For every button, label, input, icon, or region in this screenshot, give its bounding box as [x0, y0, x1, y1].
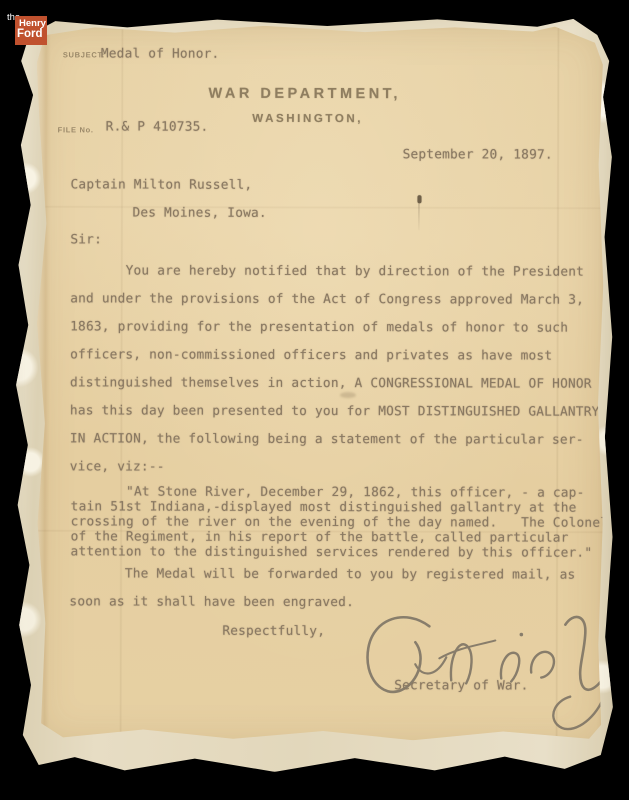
citation-paragraph: "At Stone River, December 29, 1862, this… [71, 484, 609, 560]
body-line: The Medal will be forwarded to you by re… [69, 560, 575, 589]
body-paragraph-1: You are hereby notified that by directio… [70, 257, 600, 482]
body-line: 1863, providing for the presentation of … [70, 313, 600, 342]
salutation: Sir: [70, 232, 102, 247]
ink-smudge [340, 392, 356, 398]
logo-red-box: Henry Ford [15, 16, 47, 45]
body-line: IN ACTION, the following being a stateme… [70, 425, 600, 454]
body-line: distinguished themselves in action, A CO… [70, 369, 600, 398]
letter-document: SUBJECT: Medal of Honor. WAR DEPARTMENT,… [33, 23, 605, 746]
date-line: September 20, 1897. [403, 147, 553, 162]
file-number-label: FILE No. [58, 125, 94, 134]
body-line: has this day been presented to you for M… [70, 397, 600, 426]
body-line: officers, non-commissioned officers and … [70, 341, 600, 370]
ink-blot [417, 195, 421, 203]
scanned-letter-photo: SUBJECT: Medal of Honor. WAR DEPARTMENT,… [0, 0, 629, 800]
body-line: and under the provisions of the Act of C… [70, 285, 600, 314]
closing-title: Secretary of War. [394, 678, 528, 693]
ink-blot-tail [418, 203, 419, 230]
body-line: You are hereby notified that by directio… [70, 257, 600, 286]
subject-label: SUBJECT: [63, 50, 105, 59]
subject-value: Medal of Honor. [101, 46, 220, 61]
closing-respectfully: Respectfully, [222, 624, 325, 639]
citation-line: crossing of the river on the evening of … [71, 514, 609, 530]
citation-line: tain 51st Indiana,-displayed most distin… [71, 499, 609, 515]
citation-line: of the Regiment, in his report of the ba… [71, 529, 609, 545]
citation-line: "At Stone River, December 29, 1862, this… [71, 484, 609, 500]
letterhead-department: WAR DEPARTMENT, [35, 85, 575, 102]
body-line: vice, viz:-- [70, 453, 600, 482]
recipient-city: Des Moines, Iowa. [132, 206, 266, 221]
citation-line: attention to the distinguished services … [71, 544, 609, 560]
recipient-name: Captain Milton Russell, [71, 177, 253, 192]
logo-ford-text: Ford [17, 28, 43, 40]
file-number-value: R.& P 410735. [106, 119, 209, 134]
signature-alger [349, 604, 615, 745]
